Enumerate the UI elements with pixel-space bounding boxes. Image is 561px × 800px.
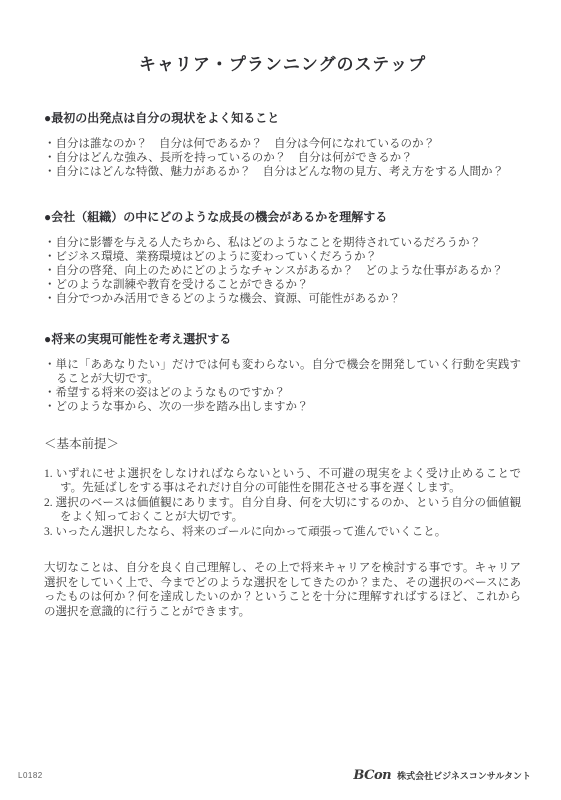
bullet-item: ・単に「ああなりたい」だけでは何も変わらない。自分で機会を開発していく行動を実践…	[44, 359, 521, 387]
bullet-item: ・希望する将来の姿はどのようなものですか？	[44, 387, 521, 401]
section-growth-opportunities: ●会社（組織）の中にどのような成長の機会があるかを理解する ・自分に影響を与える…	[44, 210, 521, 306]
bullet-item: ・自分は誰なのか？ 自分は何であるか？ 自分は今何になれているのか？	[44, 138, 521, 152]
numbered-item: 2. 選択のベースは価値観にあります。自分自身、何を大切にするのか、という自分の…	[44, 496, 521, 525]
bullet-item: ・どのような訓練や教育を受けることができるか？	[44, 279, 521, 293]
section-future-feasibility: ●将来の実現可能性を考え選択する ・単に「ああなりたい」だけでは何も変わらない。…	[44, 332, 521, 414]
section-heading: ●将来の実現可能性を考え選択する	[44, 332, 521, 346]
company-brand: BCon 株式会社ビジネスコンサルタント	[353, 768, 531, 783]
premise-heading: ＜基本前提＞	[44, 437, 521, 451]
company-name: 株式会社ビジネスコンサルタント	[397, 769, 531, 782]
section-heading: ●最初の出発点は自分の現状をよく知ること	[44, 111, 521, 125]
bullet-item: ・自分でつかみ活用できるどのような機会、資源、可能性があるか？	[44, 293, 521, 307]
numbered-item: 3. いったん選択したなら、将来のゴールに向かって頑張って進んでいくこと。	[44, 525, 521, 540]
numbered-item: 1. いずれにせよ選択をしなければならないという、不可避の現実をよく受け止めるこ…	[44, 467, 521, 496]
bullet-item: ・自分の啓発、向上のためにどのようなチャンスがあるか？ どのような仕事があるか？	[44, 265, 521, 279]
document-page: キャリア・プランニングのステップ ●最初の出発点は自分の現状をよく知ること ・自…	[0, 0, 561, 800]
document-content: キャリア・プランニングのステップ ●最初の出発点は自分の現状をよく知ること ・自…	[44, 50, 521, 619]
section-basic-premise: ＜基本前提＞ 1. いずれにせよ選択をしなければならないという、不可避の現実をよ…	[44, 437, 521, 540]
bullet-list: ・自分に影響を与える人たちから、私はどのようなことを期待されているだろうか？ ・…	[44, 237, 521, 306]
bullet-item: ・ビジネス環境、業務環境はどのように変わっていくだろうか？	[44, 251, 521, 265]
section-know-current-state: ●最初の出発点は自分の現状をよく知ること ・自分は誰なのか？ 自分は何であるか？…	[44, 111, 521, 179]
bcon-logo: BCon	[353, 768, 391, 783]
bullet-list: ・自分は誰なのか？ 自分は何であるか？ 自分は今何になれているのか？ ・自分はど…	[44, 138, 521, 179]
bullet-item: ・どのような事から、次の一歩を踏み出しますか？	[44, 401, 521, 415]
closing-paragraph: 大切なことは、自分を良く自己理解し、その上で将来キャリアを検討する事です。キャリ…	[44, 561, 521, 619]
numbered-list: 1. いずれにせよ選択をしなければならないという、不可避の現実をよく受け止めるこ…	[44, 467, 521, 540]
bullet-item: ・自分はどんな強み、長所を持っているのか？ 自分は何ができるか？	[44, 152, 521, 166]
section-heading: ●会社（組織）の中にどのような成長の機会があるかを理解する	[44, 210, 521, 224]
bullet-item: ・自分に影響を与える人たちから、私はどのようなことを期待されているだろうか？	[44, 237, 521, 251]
page-title: キャリア・プランニングのステップ	[44, 50, 521, 75]
bullet-item: ・自分にはどんな特徴、魅力があるか？ 自分はどんな物の見方、考え方をする人間か？	[44, 166, 521, 180]
bullet-list: ・単に「ああなりたい」だけでは何も変わらない。自分で機会を開発していく行動を実践…	[44, 359, 521, 414]
document-code: L0182	[18, 771, 43, 780]
